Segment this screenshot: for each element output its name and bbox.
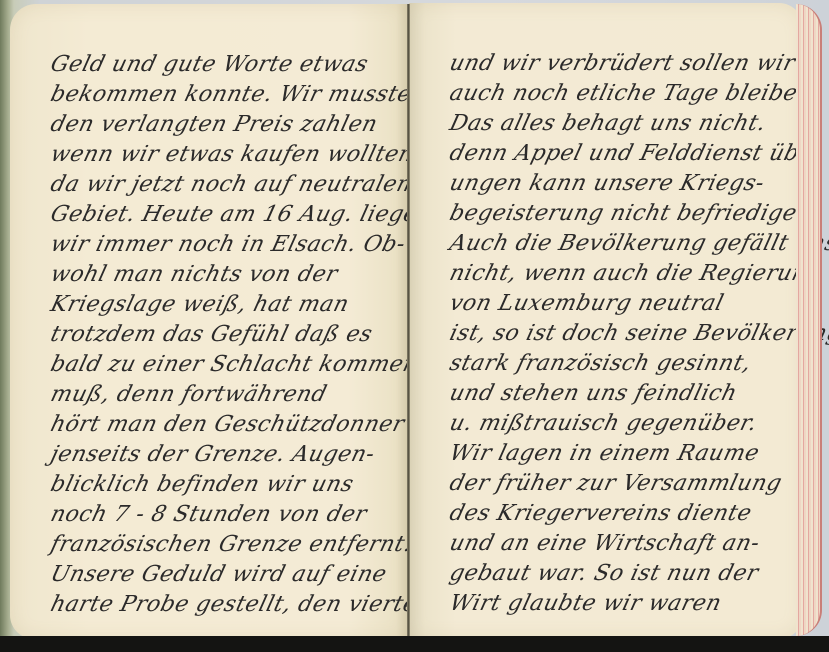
handwritten-line: nicht, wenn auch die Regierung (447, 261, 824, 286)
handwritten-line: ist, so ist doch seine Bevölkerung (447, 321, 829, 346)
handwritten-line: harte Probe gestellt, den vierten (48, 592, 434, 617)
scan-bottom-shadow (0, 636, 829, 652)
handwritten-line: Das alles behagt uns nicht. (447, 111, 769, 136)
page-edges-red (796, 4, 822, 636)
handwritten-line: wenn wir etwas kaufen wollten (48, 142, 417, 167)
handwritten-line: blicklich befinden wir uns (48, 472, 356, 497)
handwritten-line: und wir verbrüdert sollen wir (447, 51, 798, 76)
handwritten-line: Geld und gute Worte etwas (48, 52, 371, 77)
handwritten-line: französischen Grenze entfernt. (48, 532, 415, 557)
handwritten-line: Unsere Geduld wird auf eine (48, 562, 389, 587)
handwritten-line: wohl man nichts von der (48, 262, 340, 287)
handwritten-line: von Luxemburg neutral (447, 291, 726, 316)
handwritten-line: und stehen uns feindlich (447, 381, 740, 406)
handwritten-line: Wirt glaubte wir waren (447, 591, 724, 616)
handwritten-line: stark französisch gesinnt, (447, 351, 754, 376)
handwritten-line: wir immer noch in Elsach. Ob- (48, 232, 408, 257)
handwritten-line: gebaut war. So ist nun der (447, 561, 761, 586)
handwritten-line: bald zu einer Schlacht kommen (48, 352, 421, 377)
handwritten-line: ungen kann unsere Kriegs- (447, 171, 767, 196)
handwritten-line: da wir jetzt noch auf neutralem (48, 172, 421, 197)
handwritten-line: und an eine Wirtschaft an- (447, 531, 762, 556)
handwritten-line: trotzdem das Gefühl daß es (48, 322, 375, 347)
handwritten-line: Kriegslage weiß, hat man (48, 292, 352, 317)
handwritten-line: Gebiet. Heute am 16 Aug. liegen (48, 202, 435, 227)
handwritten-line: auch noch etliche Tage bleiben. (447, 81, 822, 106)
notebook-spine-gutter (407, 4, 410, 636)
handwritten-line: u. mißtrauisch gegenüber. (447, 411, 760, 436)
handwritten-line: bekommen konnte. Wir mussten (48, 82, 429, 107)
handwritten-line: des Kriegervereins diente (447, 501, 754, 526)
handwritten-line: denn Appel und Felddienst üb- (447, 141, 810, 166)
handwritten-line: hört man den Geschützdonner (48, 412, 407, 437)
notebook-left-page: Geld und gute Worte etwas bekommen konnt… (10, 4, 408, 639)
handwritten-line: der früher zur Versammlung (447, 471, 785, 496)
handwritten-line: jenseits der Grenze. Augen- (48, 442, 377, 467)
handwritten-line: Wir lagen in einem Raume (447, 441, 762, 466)
handwritten-line: noch 7 - 8 Stunden von der (48, 502, 370, 527)
handwritten-line: muß, denn fortwährend (48, 382, 330, 407)
handwritten-line: den verlangten Preis zahlen (48, 112, 380, 137)
notebook-right-page: und wir verbrüdert sollen wir auch noch … (409, 3, 803, 639)
handwritten-line: begeisterung nicht befriedigen. (447, 201, 822, 226)
handwritten-line: Auch die Bevölkerung gefällt uns (447, 231, 829, 256)
